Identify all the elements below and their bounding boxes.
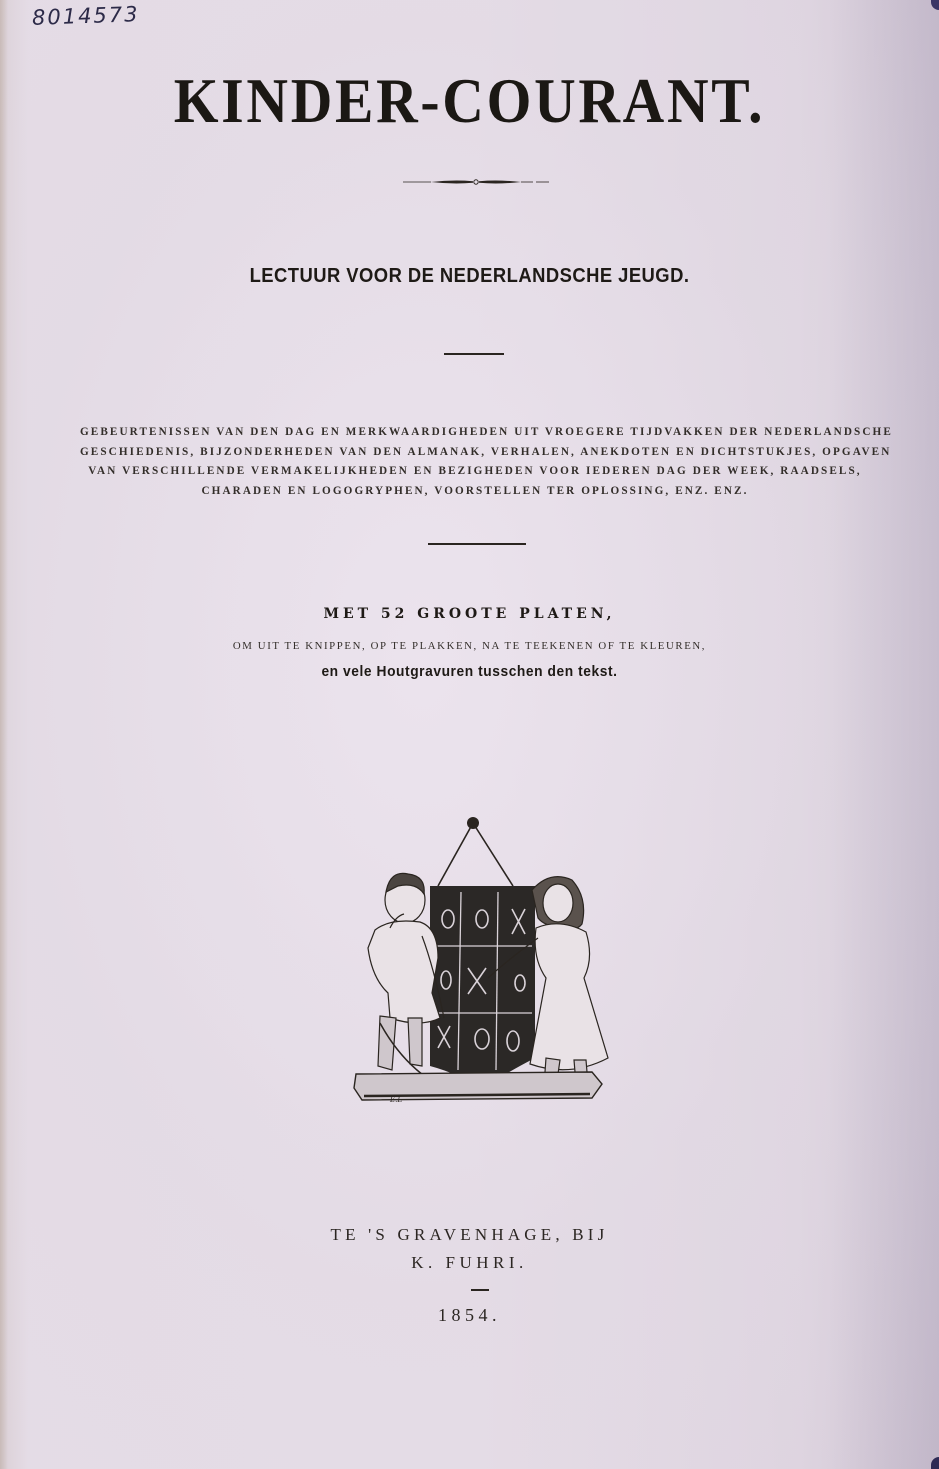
imprint-place: TE 'S GRAVENHAGE, BIJ (0, 1225, 939, 1245)
handwritten-catalog-number: 8014573 (32, 2, 140, 30)
plates-subline: OM UIT TE KNIPPEN, OP TE PLAKKEN, NA TE … (0, 640, 939, 652)
description-line: GEBEURTENISSEN VAN DEN DAG EN MERKWAARDI… (80, 423, 870, 443)
imprint-publisher: K. FUHRI. (0, 1253, 939, 1273)
title-page: 8014573 KINDER-COURANT. LECTUUR VOOR DE … (0, 0, 939, 1469)
plates-extra: en vele Houtgravuren tusschen den tekst. (23, 664, 915, 680)
background-corner-bottom-right (931, 1457, 939, 1469)
description-block: GEBEURTENISSEN VAN DEN DAG EN MERKWAARDI… (80, 423, 870, 501)
description-line: VAN VERSCHILLENDE VERMAKELIJKHEDEN EN BE… (80, 462, 870, 482)
page-right-shadow (829, 0, 939, 1469)
divider-rule (428, 543, 526, 545)
children-tic-tac-toe-engraving-icon: E.L (350, 808, 610, 1104)
ornament-divider-icon (403, 178, 549, 186)
page-title: KINDER-COURANT. (47, 64, 892, 138)
divider-rule (444, 353, 504, 355)
page-left-edge (0, 0, 8, 1469)
plates-heading: MET 52 GROOTE PLATEN, (0, 606, 939, 622)
description-line: GESCHIEDENIS, BIJZONDERHEDEN VAN DEN ALM… (80, 443, 870, 463)
imprint-year: 1854. (0, 1305, 939, 1326)
subtitle: LECTUUR VOOR DE NEDERLANDSCHE JEUGD. (38, 265, 902, 288)
svg-text:E.L: E.L (389, 1096, 402, 1104)
divider-rule (471, 1289, 489, 1291)
description-line: CHARADEN EN LOGOGRYPHEN, VOORSTELLEN TER… (80, 482, 870, 502)
